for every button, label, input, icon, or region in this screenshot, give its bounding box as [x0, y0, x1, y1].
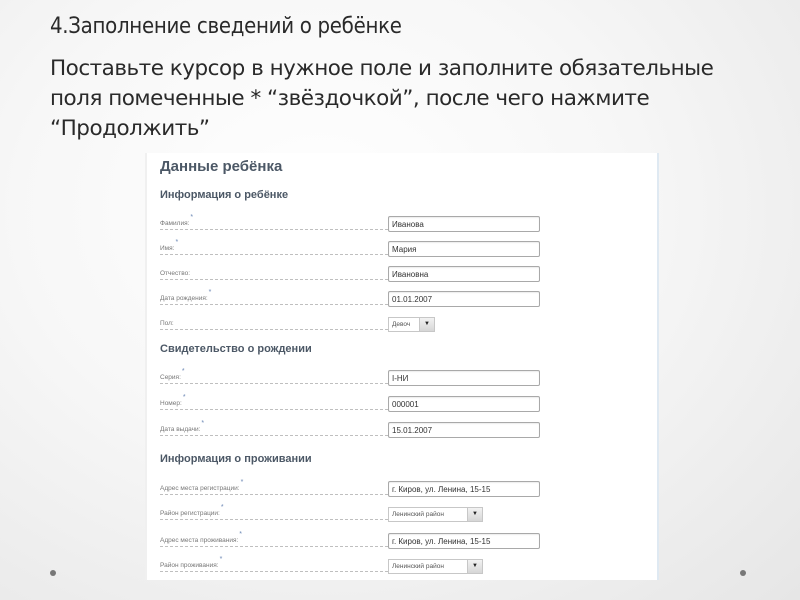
field-label: Район регистрации:* — [160, 510, 388, 520]
gender-select-value: Девоч — [389, 318, 419, 331]
field-label: Дата рождения:* — [160, 295, 388, 305]
field-label: Район проживания:* — [160, 562, 388, 572]
field-gender: Пол: Девоч ▼ — [160, 309, 540, 333]
field-label: Серия:* — [160, 374, 388, 384]
field-registration-district: Район регистрации:* Ленинский район ▼ — [160, 499, 540, 523]
required-star-icon: * — [239, 531, 242, 538]
field-surname: Фамилия:* Иванова — [160, 209, 540, 233]
form-title: Данные ребёнка — [160, 158, 282, 175]
required-star-icon: * — [182, 368, 185, 375]
chevron-down-icon[interactable]: ▼ — [467, 560, 482, 573]
number-input[interactable]: 000001 — [388, 396, 540, 412]
chevron-down-icon[interactable]: ▼ — [419, 318, 434, 331]
section-title-child-info: Информация о ребёнке — [160, 189, 288, 201]
residence-district-value: Ленинский район — [389, 560, 467, 573]
field-label: Дата выдачи:* — [160, 426, 388, 436]
field-label: Адрес места проживания:* — [160, 537, 388, 547]
field-label: Отчество: — [160, 270, 388, 280]
field-residence-district: Район проживания:* Ленинский район ▼ — [160, 551, 540, 575]
surname-input[interactable]: Иванова — [388, 216, 540, 232]
residence-district-select[interactable]: Ленинский район ▼ — [388, 559, 483, 574]
registration-address-input[interactable]: г. Киров, ул. Ленина, 15-15 — [388, 481, 540, 497]
required-star-icon: * — [220, 556, 223, 563]
required-star-icon: * — [221, 504, 224, 511]
decorative-dot-icon — [50, 570, 56, 576]
required-star-icon: * — [201, 420, 204, 427]
registration-district-value: Ленинский район — [389, 508, 467, 521]
required-star-icon: * — [209, 289, 212, 296]
form-screenshot: Данные ребёнка Информация о ребёнке Фами… — [145, 153, 659, 580]
required-star-icon: * — [183, 394, 186, 401]
birth-date-input[interactable]: 01.01.2007 — [388, 291, 540, 307]
issue-date-input[interactable]: 15.01.2007 — [388, 422, 540, 438]
field-first-name: Имя:* Мария — [160, 234, 540, 258]
field-residence-address: Адрес места проживания:* г. Киров, ул. Л… — [160, 526, 540, 550]
gender-select[interactable]: Девоч ▼ — [388, 317, 435, 332]
field-patronymic: Отчество: Ивановна — [160, 259, 540, 283]
registration-district-select[interactable]: Ленинский район ▼ — [388, 507, 483, 522]
field-label: Номер:* — [160, 400, 388, 410]
required-star-icon: * — [190, 214, 193, 221]
field-issue-date: Дата выдачи:* 15.01.2007 — [160, 415, 540, 439]
slide-title: 4.Заполнение сведений о ребёнке — [50, 14, 402, 39]
slide-instructions: Поставьте курсор в нужное поле и заполни… — [50, 54, 770, 144]
field-registration-address: Адрес места регистрации:* г. Киров, ул. … — [160, 474, 540, 498]
chevron-down-icon[interactable]: ▼ — [467, 508, 482, 521]
required-star-icon: * — [175, 239, 178, 246]
field-label: Фамилия:* — [160, 220, 388, 230]
residence-address-input[interactable]: г. Киров, ул. Ленина, 15-15 — [388, 533, 540, 549]
patronymic-input[interactable]: Ивановна — [388, 266, 540, 282]
section-title-residence: Информация о проживании — [160, 453, 312, 465]
field-series: Серия:* I-НИ — [160, 363, 540, 387]
field-label: Имя:* — [160, 245, 388, 255]
field-label: Адрес места регистрации:* — [160, 485, 388, 495]
field-number: Номер:* 000001 — [160, 389, 540, 413]
decorative-dot-icon — [740, 570, 746, 576]
first-name-input[interactable]: Мария — [388, 241, 540, 257]
required-star-icon: * — [241, 479, 244, 486]
section-title-birth-certificate: Свидетельство о рождении — [160, 343, 312, 355]
field-birth-date: Дата рождения:* 01.01.2007 — [160, 284, 540, 308]
field-label: Пол: — [160, 320, 388, 330]
series-input[interactable]: I-НИ — [388, 370, 540, 386]
